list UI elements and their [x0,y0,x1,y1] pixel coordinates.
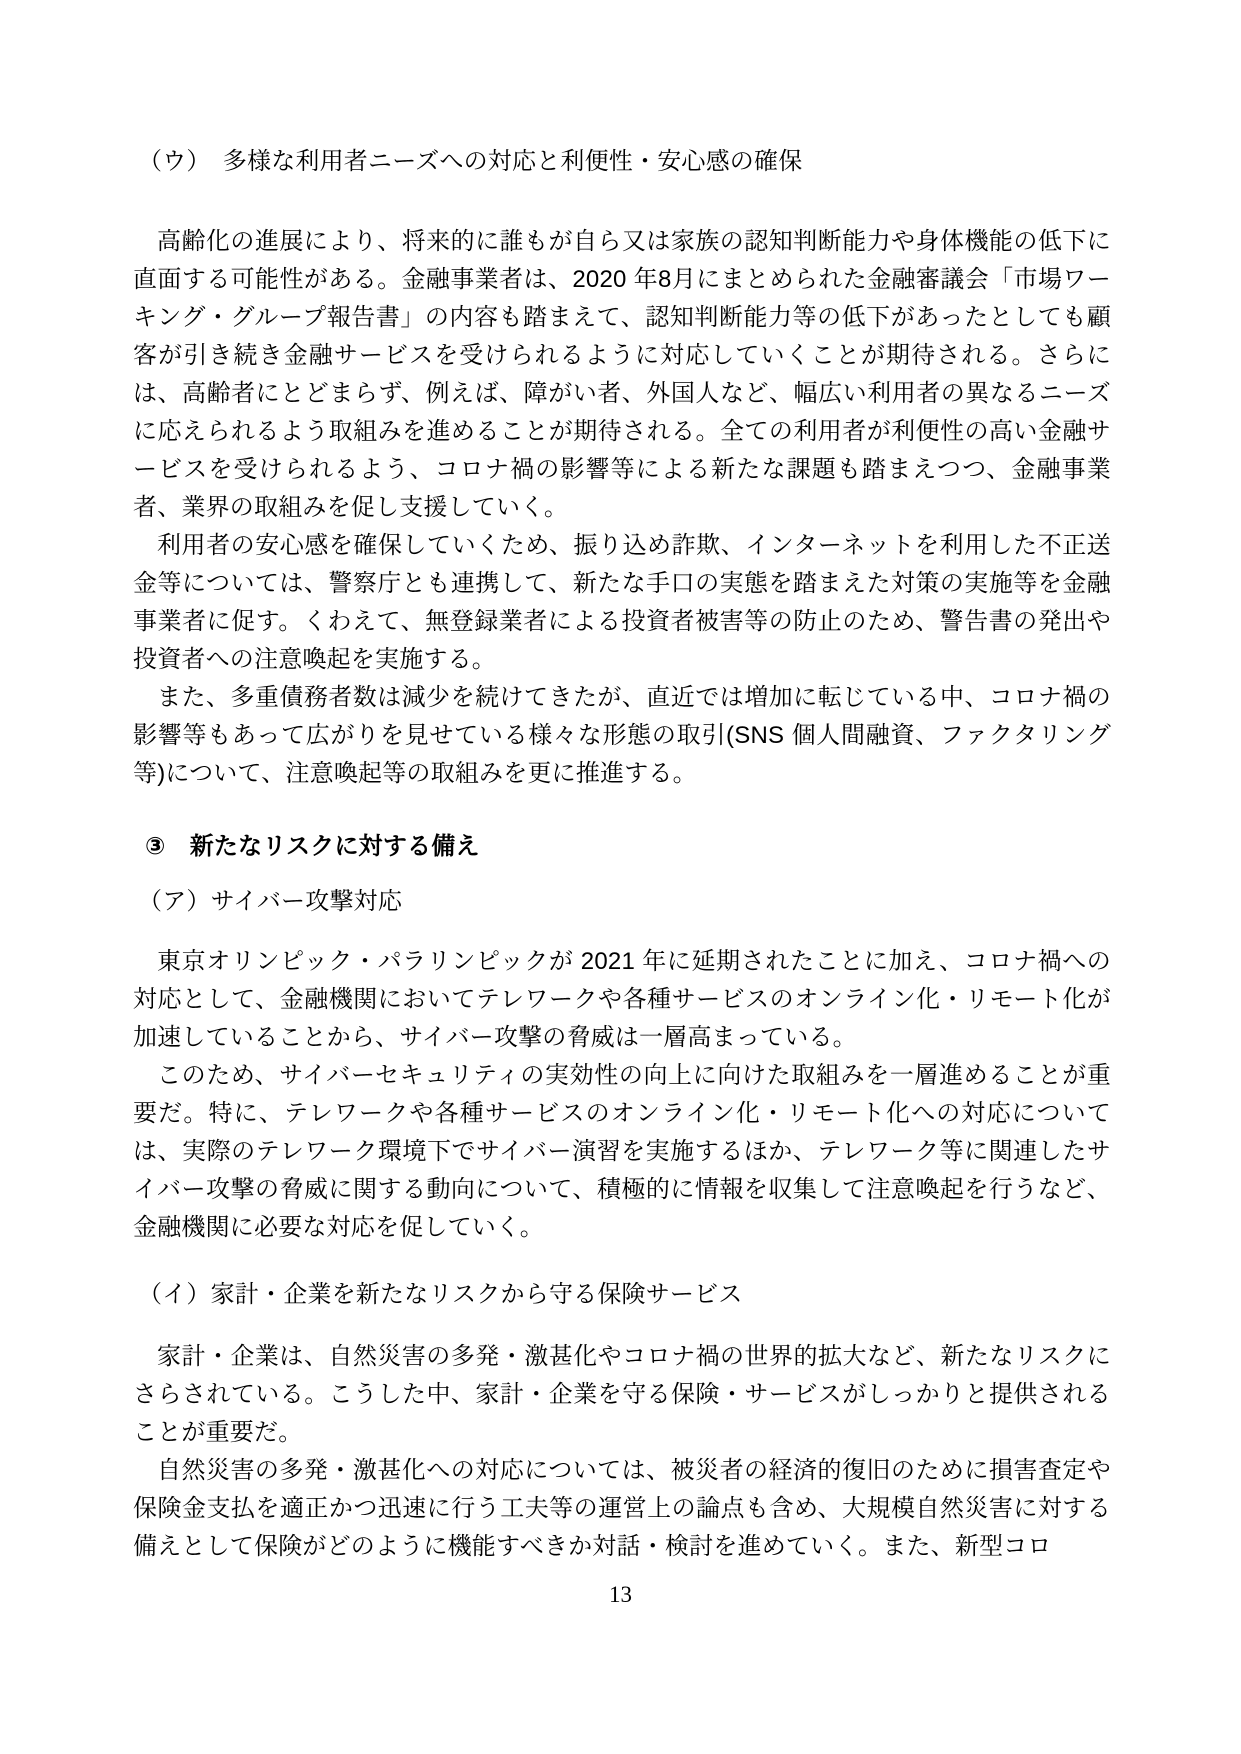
heading-diverse-user-needs: （ウ） 多様な利用者ニーズへの対応と利便性・安心感の確保 [133,143,1111,181]
paragraph-olympics-telework: 東京オリンピック・パラリンピックが 2021 年に延期されたことに加え、コロナ禍… [133,943,1111,1057]
page-number: 13 [0,1580,1241,1610]
heading-insurance-services: （イ）家計・企業を新たなリスクから守る保険サービス [133,1276,1111,1314]
document-page: { "doc": { "heading_c": "（ウ） 多様な利用者ニーズへの… [0,0,1241,1754]
heading-new-risks: ③ 新たなリスクに対する備え [133,828,1111,866]
paragraph-aging-society: 高齢化の進展により、将来的に誰もが自ら又は家族の認知判断能力や身体機能の低下に直… [133,223,1111,527]
heading-cyber-attack: （ア）サイバー攻撃対応 [133,883,1111,921]
paragraph-natural-disaster-insurance: 自然災害の多発・激甚化への対応については、被災者の経済的復旧のために損害査定や保… [133,1452,1111,1566]
paragraph-multiple-debtors: また、多重債務者数は減少を続けてきたが、直近では増加に転じている中、コロナ禍の影… [133,679,1111,793]
paragraph-cybersecurity-measures: このため、サイバーセキュリティの実効性の向上に向けた取組みを一層進めることが重要… [133,1057,1111,1247]
document-body: （ウ） 多様な利用者ニーズへの対応と利便性・安心感の確保 高齢化の進展により、将… [133,143,1111,1566]
paragraph-household-risks: 家計・企業は、自然災害の多発・激甚化やコロナ禍の世界的拡大など、新たなリスクにさ… [133,1338,1111,1452]
paragraph-user-security: 利用者の安心感を確保していくため、振り込め詐欺、インターネットを利用した不正送金… [133,527,1111,679]
